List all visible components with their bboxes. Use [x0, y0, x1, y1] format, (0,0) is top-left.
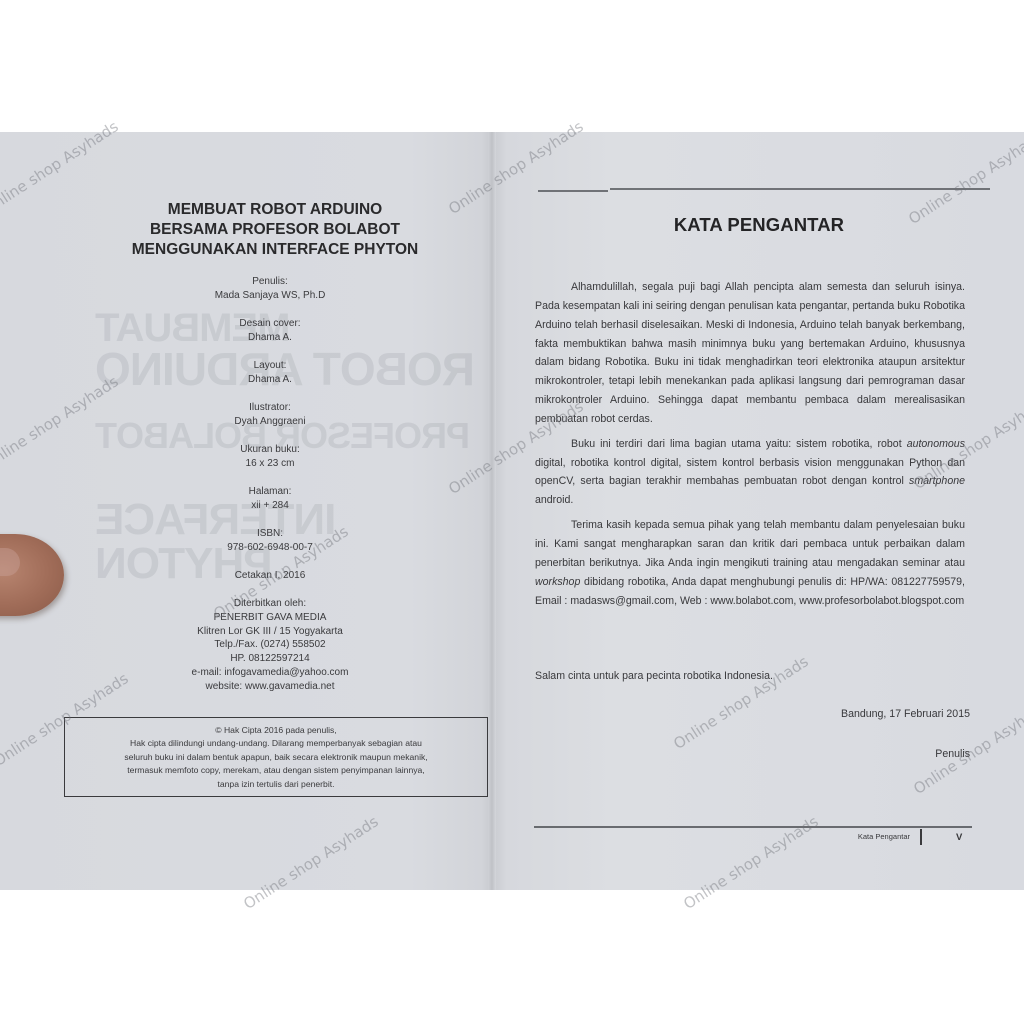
credit-value: Mada Sanjaya WS, Ph.D — [130, 289, 410, 303]
text-run: dibidang robotika, Anda dapat menghubung… — [535, 576, 965, 607]
chapter-title: KATA PENGANTAR — [494, 214, 1024, 236]
thumb-holding-page — [0, 534, 64, 616]
credit-value: Cetakan I, 2016 — [130, 569, 410, 583]
publisher-phone: Telp./Fax. (0274) 558502 — [130, 638, 410, 652]
text-run-italic: workshop — [535, 576, 580, 588]
footer-rule — [534, 826, 972, 828]
credit-illustrator: Ilustrator: Dyah Anggraeni — [130, 401, 410, 429]
left-page-colophon: MEMBUAT ROBOT ARDUINO PROFESOR BOLABOT I… — [0, 132, 492, 890]
credit-label: Penulis: — [130, 275, 410, 289]
running-footer-section: Kata Pengantar — [858, 832, 910, 841]
publisher-email: e-mail: infogavamedia@yahoo.com — [130, 666, 410, 680]
book-title-line: MEMBUAT ROBOT ARDUINO — [80, 200, 470, 220]
signer: Penulis — [935, 748, 970, 760]
book-title-line: BERSAMA PROFESOR BOLABOT — [80, 220, 470, 240]
credit-value: Dhama A. — [130, 373, 410, 387]
credit-value: 16 x 23 cm — [130, 457, 410, 471]
copyright-line: Hak cipta dilindungi undang-undang. Dila… — [65, 737, 487, 750]
credit-value: xii + 284 — [130, 499, 410, 513]
publisher-info: Diterbitkan oleh: PENERBIT GAVA MEDIA Kl… — [130, 597, 410, 694]
credit-label: Ukuran buku: — [130, 443, 410, 457]
page-number: V — [956, 832, 962, 843]
publisher-heading: Diterbitkan oleh: — [130, 597, 410, 611]
credit-isbn: ISBN: 978-602-6948-00-7 — [130, 527, 410, 555]
credit-cover-design: Desain cover: Dhama A. — [130, 317, 410, 345]
closing-line: Salam cinta untuk para pecinta robotika … — [535, 670, 773, 682]
header-rule — [610, 188, 990, 190]
publisher-name: PENERBIT GAVA MEDIA — [130, 611, 410, 625]
credit-label: Layout: — [130, 359, 410, 373]
text-run-italic: autonomous — [907, 438, 965, 450]
credit-label: Halaman: — [130, 485, 410, 499]
credit-label: Ilustrator: — [130, 401, 410, 415]
header-rule — [538, 190, 608, 192]
copyright-line: seluruh buku ini dalam bentuk apapun, ba… — [65, 751, 487, 764]
paragraph: Alhamdulillah, segala puji bagi Allah pe… — [535, 278, 965, 429]
thumbnail — [0, 548, 20, 576]
credit-value: Dhama A. — [130, 331, 410, 345]
place-date: Bandung, 17 Februari 2015 — [841, 708, 970, 720]
paragraph: Buku ini terdiri dari lima bagian utama … — [535, 435, 965, 510]
preface-body: Alhamdulillah, segala puji bagi Allah pe… — [535, 278, 965, 616]
text-run: digital, robotika kontrol digital, siste… — [535, 457, 965, 488]
credit-value: Dyah Anggraeni — [130, 415, 410, 429]
copyright-line: termasuk memfoto copy, merekam, atau den… — [65, 764, 487, 777]
footer-separator — [920, 829, 922, 845]
copyright-line: tanpa izin tertulis dari penerbit. — [65, 778, 487, 791]
copyright-notice: © Hak Cipta 2016 pada penulis, Hak cipta… — [64, 717, 488, 797]
book-title-line: MENGGUNAKAN INTERFACE PHYTON — [80, 240, 470, 260]
publisher-hp: HP. 08122597214 — [130, 652, 410, 666]
text-run: Terima kasih kepada semua pihak yang tel… — [535, 519, 965, 569]
credit-label: ISBN: — [130, 527, 410, 541]
credits-list: Penulis: Mada Sanjaya WS, Ph.D Desain co… — [130, 275, 410, 694]
credit-book-size: Ukuran buku: 16 x 23 cm — [130, 443, 410, 471]
right-page-preface: KATA PENGANTAR Alhamdulillah, segala puj… — [494, 132, 1024, 890]
credit-edition: Cetakan I, 2016 — [130, 569, 410, 583]
paragraph: Terima kasih kepada semua pihak yang tel… — [535, 516, 965, 610]
text-run: Buku ini terdiri dari lima bagian utama … — [571, 438, 907, 450]
credit-pages: Halaman: xii + 284 — [130, 485, 410, 513]
publisher-website: website: www.gavamedia.net — [130, 680, 410, 694]
copyright-line: © Hak Cipta 2016 pada penulis, — [65, 724, 487, 737]
credit-layout: Layout: Dhama A. — [130, 359, 410, 387]
text-run-italic: smartphone — [909, 475, 965, 487]
text-run: android. — [535, 494, 573, 506]
credit-author: Penulis: Mada Sanjaya WS, Ph.D — [130, 275, 410, 303]
credit-value: 978-602-6948-00-7 — [130, 541, 410, 555]
publisher-address: Klitren Lor GK III / 15 Yogyakarta — [130, 625, 410, 639]
book-title: MEMBUAT ROBOT ARDUINO BERSAMA PROFESOR B… — [80, 200, 470, 260]
open-book: MEMBUAT ROBOT ARDUINO PROFESOR BOLABOT I… — [0, 132, 1024, 890]
credit-label: Desain cover: — [130, 317, 410, 331]
